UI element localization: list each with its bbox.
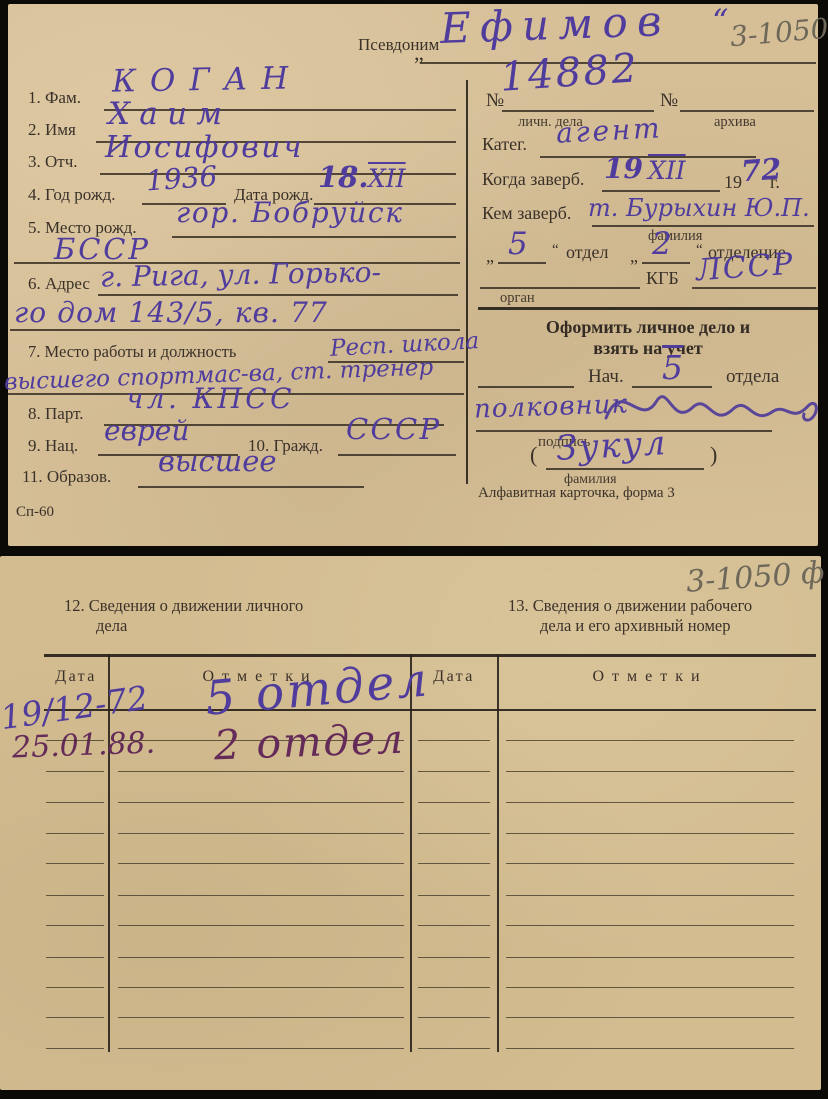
table-row-rule xyxy=(418,863,490,864)
table-row-rule xyxy=(118,802,404,803)
otdel-line xyxy=(498,262,546,264)
birth-month-value: XII xyxy=(368,164,406,193)
table-row-rule xyxy=(418,833,490,834)
table-row-rule xyxy=(418,1048,490,1049)
organ-sublabel: орган xyxy=(500,290,535,307)
field-adres-value2: го дом 143/5, кв. 77 xyxy=(14,296,328,329)
section-divider-line xyxy=(478,307,818,310)
pencil-file-number-2: 3-1050 ф xyxy=(685,555,826,600)
table-row-rule xyxy=(506,1048,794,1049)
otdelenie-open-quote: „ xyxy=(630,246,638,267)
table-row-rule xyxy=(46,833,104,834)
directive-line1: Оформить личное дело и xyxy=(478,317,818,338)
table-row-rule xyxy=(118,925,404,926)
field-adres-label: 6. Адрес xyxy=(28,274,90,294)
otdelenie-line xyxy=(642,262,690,264)
section13-label-line1: 13. Сведения о движении рабочего xyxy=(508,596,752,616)
otdel-value: 5 xyxy=(508,226,528,262)
kgb-label: КГБ xyxy=(646,268,679,289)
recruiter-label: Кем заверб. xyxy=(482,203,571,224)
archive-no-line xyxy=(680,110,814,112)
field-mesto-value: гор. Бобруйск xyxy=(176,196,404,229)
table-top-rule xyxy=(44,654,816,657)
table-row-rule xyxy=(118,863,404,864)
recruiter-value: т. Бурыхин Ю.П. xyxy=(588,194,810,222)
birth-day-value: 18. xyxy=(318,160,368,194)
recruit-date-label: Когда заверб. xyxy=(482,169,584,190)
otdelenie-value: 2 xyxy=(652,226,672,262)
movement-entry-date-2: 25.01.88. xyxy=(11,726,155,766)
field-part-label: 8. Парт. xyxy=(28,404,84,424)
table-row-rule xyxy=(46,925,104,926)
recruit-date-line xyxy=(602,190,720,192)
field-obrazov-line xyxy=(138,486,364,488)
pencil-file-number: 3-1050 xyxy=(729,12,828,53)
movement-entry-note-2: 2 отдел xyxy=(213,715,405,770)
table-row-rule xyxy=(506,802,794,803)
table-row-rule xyxy=(118,987,404,988)
table-row-rule xyxy=(418,957,490,958)
nach-blank-line xyxy=(478,386,574,388)
otdel-open-quote: „ xyxy=(486,246,494,267)
field-rabota-label: 7. Место работы и должность xyxy=(28,342,236,362)
table-row-rule xyxy=(46,1017,104,1018)
section12-label-line2: дела xyxy=(96,616,127,636)
table-row-rule xyxy=(506,1017,794,1018)
field-obrazov-value: высшее xyxy=(158,444,277,478)
table-row-rule xyxy=(46,771,104,772)
table-row-rule xyxy=(46,987,104,988)
table-row-rule xyxy=(506,895,794,896)
surname-value: Зукул xyxy=(555,423,668,469)
table-row-rule xyxy=(418,740,490,741)
table-header-rule xyxy=(44,709,816,711)
table-header-notes-right: Отметки xyxy=(500,668,800,686)
organ-value: ЛССР xyxy=(695,247,796,289)
table-row-rule xyxy=(506,987,794,988)
field-otch-label: 3. Отч. xyxy=(28,152,78,172)
table-row-rule xyxy=(118,1017,404,1018)
table-row-rule xyxy=(506,957,794,958)
index-card-back: 3-1050 ф 12. Сведения о движении личного… xyxy=(0,556,821,1090)
table-row-rule xyxy=(506,771,794,772)
table-row-rule xyxy=(506,833,794,834)
recruit-month-value: XII xyxy=(648,156,686,185)
table-row-rule xyxy=(118,895,404,896)
otdel-label: отдел xyxy=(566,242,609,263)
field-imya-value: Хаим xyxy=(108,96,231,132)
field-fam-value: КОГАН xyxy=(112,60,303,99)
field-god-label: 4. Год рожд. xyxy=(28,185,115,205)
recruit-year-printed: 19 xyxy=(724,172,742,193)
section12-label-line1: 12. Сведения о движении личного xyxy=(64,596,303,616)
table-row-rule xyxy=(118,771,404,772)
field-adres-value: г. Рига, ул. Горько- xyxy=(100,256,381,294)
archive-no-label: № xyxy=(660,90,678,112)
section13-label-line2: дела и его архивный номер xyxy=(540,616,731,636)
surname-line xyxy=(546,468,704,470)
category-label: Катег. xyxy=(482,134,527,155)
otdel-close-quote: “ xyxy=(552,242,559,259)
field-nac-value: еврей xyxy=(104,414,189,447)
form-note: Алфавитная карточка, форма 3 xyxy=(478,485,675,502)
table-row-rule xyxy=(46,1048,104,1049)
field-imya-label: 2. Имя xyxy=(28,120,76,140)
table-row-rule xyxy=(118,833,404,834)
table-row-rule xyxy=(46,740,104,741)
field-fam-label: 1. Фам. xyxy=(28,88,81,108)
field-mesto-line xyxy=(172,236,456,238)
table-row-rule xyxy=(118,1048,404,1049)
pseudonym-close-quote: “ xyxy=(712,2,728,40)
surname-open-paren: ( xyxy=(530,442,537,468)
surname-close-paren: ) xyxy=(710,442,717,468)
field-obrazov-label: 11. Образов. xyxy=(22,467,111,487)
table-row-rule xyxy=(46,895,104,896)
field-adres-line2 xyxy=(10,329,460,331)
index-card-front: Псевдоним „ Ефимов “ 3-1050 1. Фам. КОГА… xyxy=(8,4,818,546)
table-row-rule xyxy=(418,1017,490,1018)
table-vline-2 xyxy=(410,654,412,1052)
table-row-rule xyxy=(46,802,104,803)
recruit-year-suffix: г. xyxy=(770,172,780,193)
table-row-rule xyxy=(46,957,104,958)
table-vline-3 xyxy=(497,654,499,1052)
table-row-rule xyxy=(418,925,490,926)
file-no-value: 14882 xyxy=(499,45,641,101)
field-grazhd-value: СССР xyxy=(346,412,441,446)
file-no-line xyxy=(502,110,654,112)
pseudonym-label: Псевдоним xyxy=(358,35,439,55)
table-row-rule xyxy=(118,957,404,958)
field-nac-label: 9. Нац. xyxy=(28,436,78,456)
recruit-day-value: 19 xyxy=(604,152,643,185)
archive-no-sublabel: архива xyxy=(714,114,756,131)
directive-line2: взять на учет xyxy=(478,338,818,359)
table-row-rule xyxy=(418,895,490,896)
organ-line xyxy=(480,287,640,289)
form-code: Сп-60 xyxy=(16,504,54,521)
table-row-rule xyxy=(506,925,794,926)
field-god-value: 1936 xyxy=(145,160,218,198)
table-row-rule xyxy=(506,863,794,864)
table-row-rule xyxy=(418,771,490,772)
recruiter-line xyxy=(592,225,814,227)
column-divider xyxy=(466,80,468,484)
field-grazhd-line xyxy=(338,454,456,456)
table-row-rule xyxy=(46,863,104,864)
table-row-rule xyxy=(506,740,794,741)
table-row-rule xyxy=(418,802,490,803)
table-row-rule xyxy=(418,987,490,988)
field-part-value: чл. КПСС xyxy=(126,382,295,415)
category-value: агент xyxy=(555,111,663,150)
